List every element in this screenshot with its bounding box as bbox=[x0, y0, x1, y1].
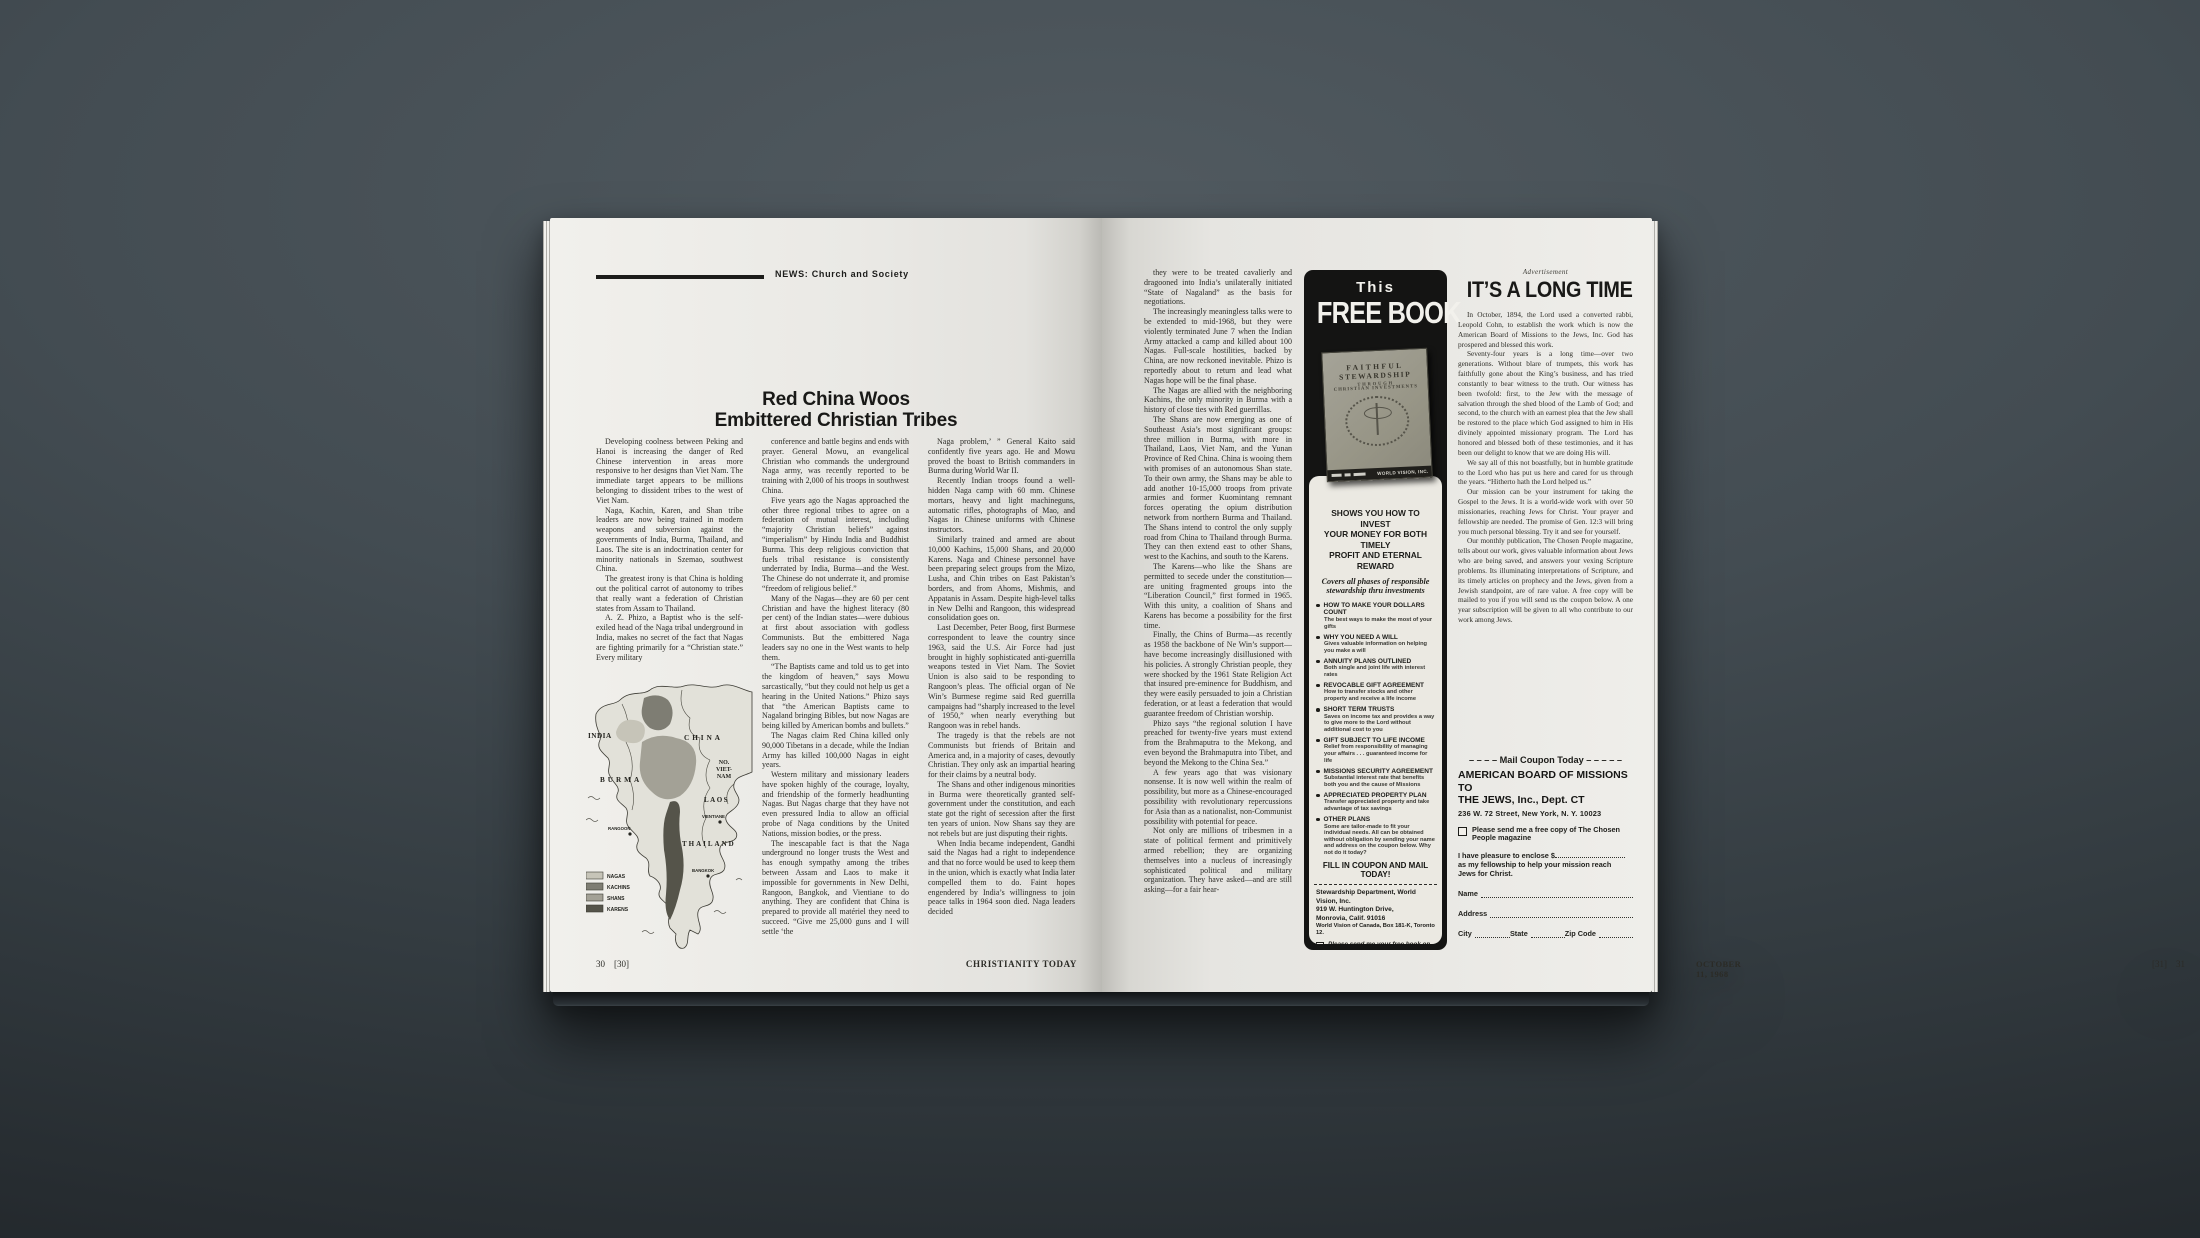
paragraph: they were to be treated cavalierly and d… bbox=[1144, 268, 1292, 307]
benefit-description: The best ways to make the most of your g… bbox=[1316, 617, 1435, 630]
enclose-line: I have pleasure to enclose $ as my fello… bbox=[1458, 850, 1633, 878]
abmj-checkbox-label: Please send me a free copy of The Chosen… bbox=[1472, 826, 1633, 844]
benefit-description: Transfer appreciated property and take a… bbox=[1316, 799, 1435, 812]
left-page: NEWS: Church and Society Red China Woos … bbox=[550, 218, 1102, 992]
benefits-list: HOW TO MAKE YOUR DOLLARS COUNT The best … bbox=[1316, 602, 1435, 857]
paragraph: Many of the Nagas—they are 60 per cent C… bbox=[762, 594, 909, 663]
ad-headline-line3: PROFIT AND ETERNAL REWARD bbox=[1316, 550, 1435, 571]
benefit-item: MISSIONS SECURITY AGREEMENT Substantial … bbox=[1316, 768, 1435, 789]
benefit-description: Substantial interest rate that benefits … bbox=[1316, 775, 1435, 788]
paragraph: Seventy-four years is a long time—over t… bbox=[1458, 349, 1633, 457]
paragraph: A few years ago that was visionary nonse… bbox=[1144, 768, 1292, 827]
paragraph: The Nagas claim Red China killed only 90… bbox=[762, 731, 909, 770]
coupon-checkbox-row: Please send me your free book on Faithfu… bbox=[1316, 941, 1435, 944]
bullet-icon bbox=[1316, 636, 1320, 640]
right-page: they were to be treated cavalierly and d… bbox=[1102, 218, 1652, 992]
benefit-item: GIFT SUBJECT TO LIFE INCOME Relief from … bbox=[1316, 737, 1435, 764]
body-column-4: they were to be treated cavalierly and d… bbox=[1144, 268, 1292, 952]
benefit-description: Gives valuable information on helping yo… bbox=[1316, 641, 1435, 654]
paragraph: When India became independent, Gandhi sa… bbox=[928, 839, 1075, 917]
benefit-title: HOW TO MAKE YOUR DOLLARS COUNT bbox=[1316, 602, 1435, 617]
blank-line bbox=[1599, 929, 1633, 938]
book-publisher: WORLD VISION, INC. bbox=[1377, 469, 1429, 476]
magazine-spread: NEWS: Church and Society Red China Woos … bbox=[550, 218, 1652, 992]
paragraph: The tragedy is that the rebels are not C… bbox=[928, 731, 1075, 780]
article-title: Red China Woos Embittered Christian Trib… bbox=[596, 389, 1076, 431]
blank-line bbox=[1490, 909, 1633, 918]
benefit-title: GIFT SUBJECT TO LIFE INCOME bbox=[1316, 737, 1435, 745]
article-title-line1: Red China Woos bbox=[596, 389, 1076, 410]
benefit-item: SHORT TERM TRUSTS Saves on income tax an… bbox=[1316, 706, 1435, 733]
bullet-icon bbox=[1316, 818, 1320, 822]
section-header: NEWS: Church and Society bbox=[775, 269, 909, 279]
body-column-3: Naga problem,’ ” General Kaito said conf… bbox=[928, 437, 1075, 953]
paragraph: Our monthly publication, The Chosen Peop… bbox=[1458, 536, 1633, 625]
paragraph: Not only are millions of tribesmen in a … bbox=[1144, 826, 1292, 895]
ad-call-to-action: FILL IN COUPON AND MAIL TODAY! bbox=[1316, 861, 1435, 879]
paragraph: Developing coolness between Peking and H… bbox=[596, 437, 743, 506]
bullet-icon bbox=[1316, 794, 1320, 798]
coupon-addr2: Monrovia, Calif. 91016 bbox=[1316, 915, 1435, 923]
world-vision-coupon: Stewardship Department, World Vision, In… bbox=[1316, 889, 1435, 944]
benefit-title: OTHER PLANS bbox=[1316, 816, 1435, 824]
coupon-addr3: World Vision of Canada, Box 181-K, Toron… bbox=[1316, 923, 1435, 937]
blank-line bbox=[1555, 850, 1625, 858]
map-label-thailand: THAILAND bbox=[682, 840, 736, 848]
blank-line bbox=[1475, 929, 1510, 938]
coupon-org: Stewardship Department, World Vision, In… bbox=[1316, 889, 1435, 906]
photo-background: NEWS: Church and Society Red China Woos … bbox=[0, 0, 2200, 1238]
benefit-title: APPRECIATED PROPERTY PLAN bbox=[1316, 792, 1435, 800]
benefit-description: Saves on income tax and provides a way t… bbox=[1316, 714, 1435, 734]
benefit-item: WHY YOU NEED A WILL Gives valuable infor… bbox=[1316, 634, 1435, 655]
field-address-row: Address bbox=[1458, 909, 1633, 918]
magazine-name-footer: CHRISTIANITY TODAY bbox=[596, 959, 1077, 969]
checkbox-icon bbox=[1458, 827, 1467, 836]
paragraph: We say all of this not boastfully, but i… bbox=[1458, 458, 1633, 488]
map-illustration: INDIA CHINA BURMA NO. VIET- NAM LAOS THA… bbox=[586, 680, 758, 954]
checkbox-icon bbox=[1316, 942, 1324, 944]
ad-headline-line1: SHOWS YOU HOW TO INVEST bbox=[1316, 508, 1435, 529]
legend-label-karens: KARENS bbox=[607, 907, 629, 913]
bullet-icon bbox=[1316, 604, 1320, 608]
blank-line bbox=[1481, 889, 1633, 898]
paragraph: The Nagas are allied with the neighborin… bbox=[1144, 386, 1292, 415]
cut-line bbox=[1314, 884, 1437, 885]
benefit-item: HOW TO MAKE YOUR DOLLARS COUNT The best … bbox=[1316, 602, 1435, 630]
ad-kicker: This bbox=[1304, 279, 1447, 296]
paragraph: A. Z. Phizo, a Baptist who is the self-e… bbox=[596, 613, 743, 662]
mail-coupon-header: – – – – Mail Coupon Today – – – – – bbox=[1458, 755, 1633, 765]
benefit-description: Both single and joint life with interest… bbox=[1316, 665, 1435, 678]
long-time-title: IT’S A LONG TIME bbox=[1467, 277, 1625, 303]
coupon-addr1: 919 W. Huntington Drive, bbox=[1316, 906, 1435, 914]
paragraph: Our mission can be your instrument for t… bbox=[1458, 487, 1633, 536]
abmj-checkbox-row: Please send me a free copy of The Chosen… bbox=[1458, 826, 1633, 844]
benefit-title: SHORT TERM TRUSTS bbox=[1316, 706, 1435, 714]
map-label-burma: BURMA bbox=[600, 776, 642, 784]
benefit-description: How to transfer stocks and other propert… bbox=[1316, 689, 1435, 702]
issue-date-footer: OCTOBER 11, 1968 bbox=[1696, 959, 1741, 979]
benefit-item: APPRECIATED PROPERTY PLAN Transfer appre… bbox=[1316, 792, 1435, 813]
paragraph: The Shans and other indigenous minoritie… bbox=[928, 780, 1075, 839]
legend-label-shans: SHANS bbox=[607, 896, 625, 902]
map-dot-vientiane bbox=[718, 820, 721, 823]
coupon-checkbox-label: Please send me your free book on Faithfu… bbox=[1328, 941, 1435, 944]
ad-headline-line2: YOUR MONEY FOR BOTH TIMELY bbox=[1316, 529, 1435, 550]
legend-label-kachins: KACHINS bbox=[607, 885, 630, 891]
body-column-1: Developing coolness between Peking and H… bbox=[596, 437, 743, 681]
paragraph: Five years ago the Nagas approached the … bbox=[762, 496, 909, 594]
ad-body-panel: SHOWS YOU HOW TO INVEST YOUR MONEY FOR B… bbox=[1309, 476, 1442, 944]
paragraph: Western military and missionary leaders … bbox=[762, 770, 909, 839]
map-label-china: CHINA bbox=[684, 734, 723, 742]
legend-swatch-kachins bbox=[586, 883, 603, 890]
field-name-row: Name bbox=[1458, 889, 1633, 898]
paragraph: “The Baptists came and told us to get in… bbox=[762, 662, 909, 731]
benefit-item: REVOCABLE GIFT AGREEMENT How to transfer… bbox=[1316, 682, 1435, 703]
legend-swatch-shans bbox=[586, 894, 603, 901]
bullet-icon bbox=[1316, 739, 1320, 743]
legend-label-nagas: NAGAS bbox=[607, 874, 626, 880]
paragraph: Similarly trained and armed are about 10… bbox=[928, 535, 1075, 623]
bullet-icon bbox=[1316, 770, 1320, 774]
map-label-rangoon: RANGOON bbox=[608, 826, 630, 831]
benefit-title: MISSIONS SECURITY AGREEMENT bbox=[1316, 768, 1435, 776]
paragraph: The inescapable fact is that the Naga un… bbox=[762, 839, 909, 937]
ad-headline: SHOWS YOU HOW TO INVEST YOUR MONEY FOR B… bbox=[1316, 508, 1435, 572]
bullet-icon bbox=[1316, 708, 1320, 712]
benefit-title: ANNUITY PLANS OUTLINED bbox=[1316, 658, 1435, 666]
bullet-icon bbox=[1316, 660, 1320, 664]
benefit-item: ANNUITY PLANS OUTLINED Both single and j… bbox=[1316, 658, 1435, 679]
long-time-body: In October, 1894, the Lord used a conver… bbox=[1458, 310, 1633, 746]
decorative-mark bbox=[1344, 473, 1350, 476]
map-label-laos: LAOS bbox=[704, 796, 729, 804]
benefit-title: WHY YOU NEED A WILL bbox=[1316, 634, 1435, 642]
map-label-india: INDIA bbox=[588, 732, 612, 740]
right-page-number: [31] 31 bbox=[1862, 959, 2185, 969]
paragraph: Phizo says “the regional solution I have… bbox=[1144, 719, 1292, 768]
map-dot-bangkok bbox=[706, 874, 709, 877]
field-city-state-zip-row: City State Zip Code bbox=[1458, 929, 1633, 938]
bullet-icon bbox=[1316, 684, 1320, 688]
region-map: INDIA CHINA BURMA NO. VIET- NAM LAOS THA… bbox=[586, 680, 758, 954]
map-legend: NAGAS KACHINS SHANS KARENS bbox=[586, 872, 630, 913]
decorative-mark bbox=[1331, 474, 1341, 477]
benefit-description: Some are tailor-made to fit your individ… bbox=[1316, 824, 1435, 857]
long-time-ad: Advertisement IT’S A LONG TIME In Octobe… bbox=[1458, 268, 1633, 968]
abmj-org: AMERICAN BOARD OF MISSIONS TO THE JEWS, … bbox=[1458, 769, 1633, 807]
map-label-vientiane: VIENTIANE bbox=[702, 814, 725, 819]
paragraph: Naga problem,’ ” General Kaito said conf… bbox=[928, 437, 1075, 476]
paragraph: Finally, the Chins of Burma—as recently … bbox=[1144, 630, 1292, 718]
advertisement-kicker: Advertisement bbox=[1458, 268, 1633, 276]
section-rule bbox=[596, 275, 764, 279]
map-label-no-vietnam-3: NAM bbox=[717, 774, 732, 780]
body-column-2: conference and battle begins and ends wi… bbox=[762, 437, 909, 953]
paragraph: conference and battle begins and ends wi… bbox=[762, 437, 909, 496]
benefit-title: REVOCABLE GIFT AGREEMENT bbox=[1316, 682, 1435, 690]
paragraph: Naga, Kachin, Karen, and Shan tribe lead… bbox=[596, 506, 743, 575]
paragraph: The Shans are now emerging as one of Sou… bbox=[1144, 415, 1292, 562]
map-label-no-vietnam-2: VIET- bbox=[716, 767, 732, 773]
map-dot-rangoon bbox=[628, 832, 631, 835]
paragraph: Last December, Peter Boog, first Burmese… bbox=[928, 623, 1075, 731]
abmj-address: 236 W. 72 Street, New York, N. Y. 10023 bbox=[1458, 809, 1633, 818]
legend-swatch-nagas bbox=[586, 872, 603, 879]
paragraph: Recently Indian troops found a well-hidd… bbox=[928, 476, 1075, 535]
ad-title: FREE BOOK bbox=[1317, 295, 1434, 331]
book-cover: FAITHFUL STEWARDSHIP THROUGH CHRISTIAN I… bbox=[1321, 348, 1433, 482]
paragraph: The greatest irony is that China is hold… bbox=[596, 574, 743, 613]
article-title-line2: Embittered Christian Tribes bbox=[596, 410, 1076, 431]
paragraph: The Karens—who like the Shans are permit… bbox=[1144, 562, 1292, 631]
benefit-description: Relief from responsibility of managing y… bbox=[1316, 744, 1435, 764]
ad-subhead: Covers all phases of responsible steward… bbox=[1316, 577, 1435, 596]
blank-line bbox=[1531, 929, 1565, 938]
paragraph: In October, 1894, the Lord used a conver… bbox=[1458, 310, 1633, 349]
map-label-bangkok: BANGKOK bbox=[692, 868, 715, 873]
wreath-cross-emblem bbox=[1344, 395, 1410, 448]
free-book-ad: This FREE BOOK FAITHFUL STEWARDSHIP THRO… bbox=[1304, 270, 1447, 950]
decorative-mark bbox=[1353, 473, 1365, 477]
paragraph: The increasingly meaningless talks were … bbox=[1144, 307, 1292, 385]
map-label-no-vietnam-1: NO. bbox=[719, 760, 730, 766]
legend-swatch-karens bbox=[586, 905, 603, 912]
benefit-item: OTHER PLANS Some are tailor-made to fit … bbox=[1316, 816, 1435, 857]
